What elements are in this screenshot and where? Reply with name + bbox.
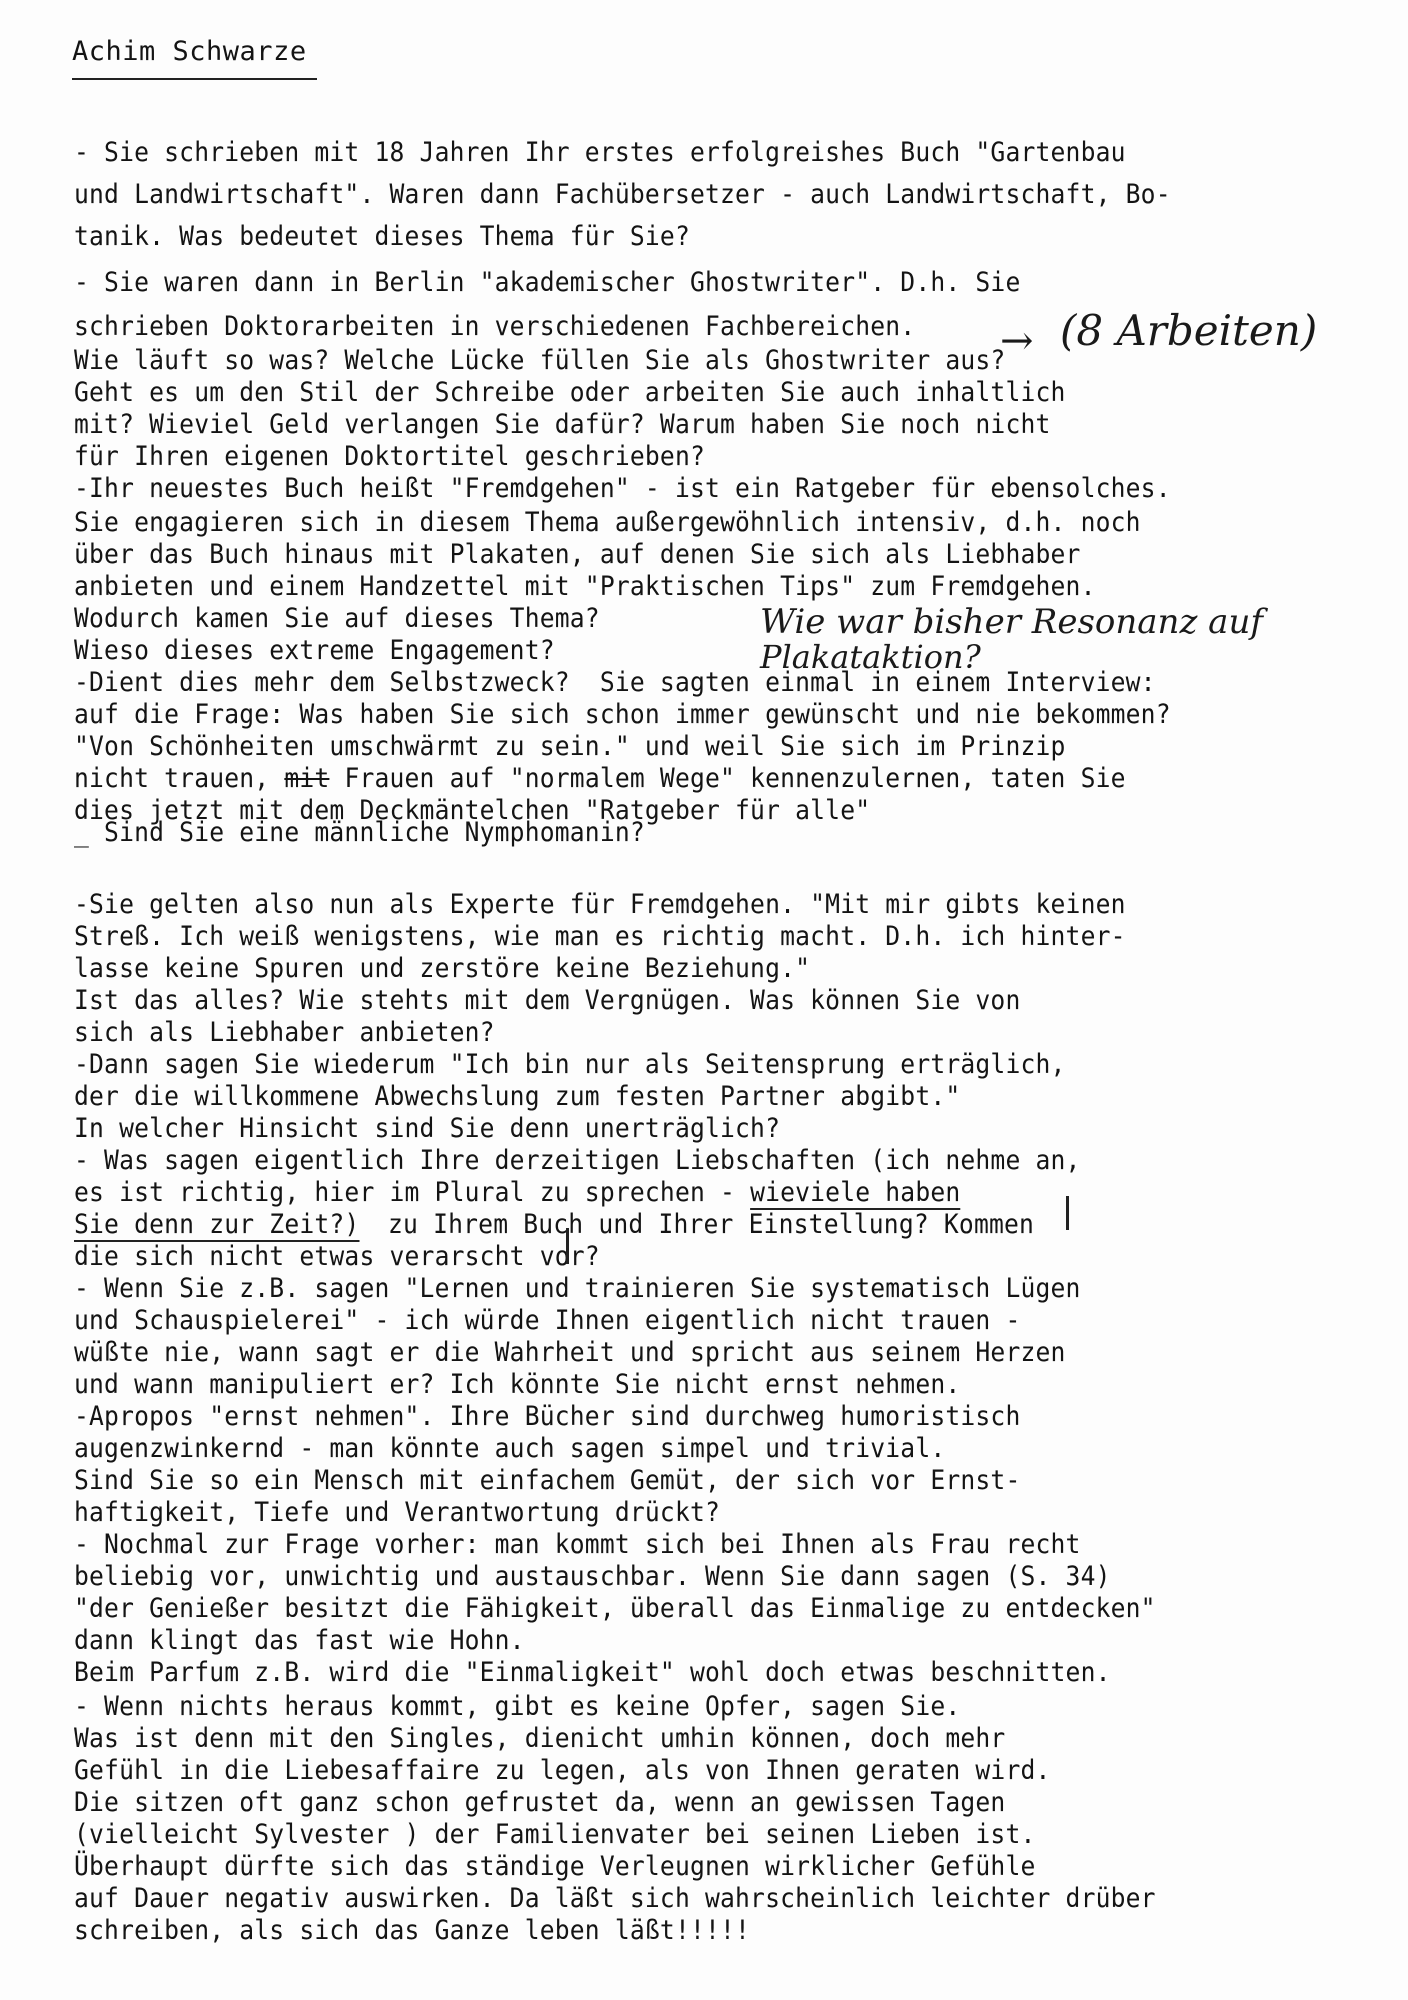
handwritten-note-resonanz-line1: Wie war bisher Resonanz auf (760, 602, 1263, 642)
text-line: - Wenn Sie z.B. sagen "Lernen und traini… (74, 1274, 1081, 1304)
text-line: zu Ihrem Buch und Ihrer Einstellung? Kom… (373, 1210, 1034, 1240)
text-line: (vielleicht Sylvester ) der Familienvate… (74, 1820, 1036, 1850)
text-line: für Ihren eigenen Doktortitel geschriebe… (74, 442, 705, 472)
text-line: tanik. Was bedeutet dieses Thema für Sie… (74, 222, 690, 252)
text-line: nicht trauen, mit Frauen auf "normalem W… (74, 764, 1126, 794)
text-line: sich als Liebhaber anbieten? (74, 1018, 495, 1048)
handwritten-note-arbeiten: (8 Arbeiten) (1060, 306, 1317, 355)
text-line: Wie läuft so was? Welche Lücke füllen Si… (74, 346, 1005, 376)
text-line: dann klingt das fast wie Hohn. (74, 1626, 525, 1656)
text-line: Überhaupt dürfte sich das ständige Verle… (74, 1852, 1036, 1882)
text-line: Sie denn zur Zeit?) (74, 1210, 359, 1240)
struck-word: mit (284, 763, 329, 794)
text-line: Sind Sie so ein Mensch mit einfachem Gem… (74, 1466, 1020, 1496)
text-line: "der Genießer besitzt die Fähigkeit, übe… (74, 1594, 1156, 1624)
text-line: -Sie gelten also nun als Experte für Fre… (74, 890, 1126, 920)
text-line: und Landwirtschaft". Waren dann Fachüber… (74, 180, 1171, 210)
underlined-phrase-continued: Sie denn zur Zeit?) (74, 1209, 359, 1242)
text-line: - Sie waren dann in Berlin "akademischer… (74, 268, 1020, 298)
text-line: über das Buch hinaus mit Plakaten, auf d… (74, 540, 1081, 570)
text-line: Die sitzen oft ganz schon gefrustet da, … (74, 1788, 1005, 1818)
text-line: Was ist denn mit den Singles, dienicht u… (74, 1724, 1005, 1754)
text-line: -Dann sagen Sie wiederum "Ich bin nur al… (74, 1050, 1066, 1080)
handwritten-bracket-mark (1066, 1196, 1069, 1230)
handwritten-bracket-mark (566, 1228, 569, 1264)
text-line: es ist richtig, hier im Plural zu sprech… (74, 1178, 960, 1208)
text-line: auf die Frage: Was haben Sie sich schon … (74, 700, 1171, 730)
text-line: - Nochmal zur Frage vorher: man kommt si… (74, 1530, 1081, 1560)
document-page: Achim Schwarze - Sie schrieben mit 18 Ja… (0, 0, 1408, 2000)
text-line: augenzwinkernd - man könnte auch sagen s… (74, 1434, 945, 1464)
text-line: mit? Wieviel Geld verlangen Sie dafür? W… (74, 410, 1051, 440)
text-line: In welcher Hinsicht sind Sie denn unertr… (74, 1114, 780, 1144)
handwritten-note-resonanz-line2: Plakataktion? (760, 638, 981, 676)
text-line: "Von Schönheiten umschwärmt zu sein." un… (74, 732, 1066, 762)
text-line: Gefühl in die Liebesaffaire zu legen, al… (74, 1756, 1051, 1786)
text-line: lasse keine Spuren und zerstöre keine Be… (74, 954, 810, 984)
text-line: die sich nicht etwas verarscht vor? (74, 1242, 600, 1272)
text-line: _ Sind Sie eine männliche Nymphomanin? (74, 818, 645, 848)
text-line: und wann manipuliert er? Ich könnte Sie … (74, 1370, 960, 1400)
handwritten-arrow: → (1000, 318, 1034, 364)
title-underline (72, 78, 317, 80)
text-line: anbieten und einem Handzettel mit "Prakt… (74, 572, 1096, 602)
text-line: - Wenn nichts heraus kommt, gibt es kein… (74, 1692, 960, 1722)
text-line: schrieben Doktorarbeiten in verschiedene… (74, 312, 915, 342)
text-line: -Dient dies mehr dem Selbstzweck? Sie sa… (74, 668, 1156, 698)
text-line: Sie engagieren sich in diesem Thema auße… (74, 508, 1141, 538)
text-line: der die willkommene Abwechslung zum fest… (74, 1082, 960, 1112)
text-line: Ist das alles? Wie stehts mit dem Vergnü… (74, 986, 1020, 1016)
text-line: Wodurch kamen Sie auf dieses Thema? (74, 604, 600, 634)
text-line: beliebig vor, unwichtig und austauschbar… (74, 1562, 1111, 1592)
text-line: - Sie schrieben mit 18 Jahren Ihr erstes… (74, 138, 1126, 168)
text-line: haftigkeit, Tiefe und Verantwortung drüc… (74, 1498, 720, 1528)
text-line: auf Dauer negativ auswirken. Da läßt sic… (74, 1884, 1156, 1914)
text-line: wüßte nie, wann sagt er die Wahrheit und… (74, 1338, 1066, 1368)
document-title: Achim Schwarze (72, 36, 307, 67)
text-line: -Apropos "ernst nehmen". Ihre Bücher sin… (74, 1402, 1020, 1432)
underlined-phrase: wieviele haben (750, 1177, 960, 1210)
text-line: Streß. Ich weiß wenigstens, wie man es r… (74, 922, 1126, 952)
text-line: Geht es um den Stil der Schreibe oder ar… (74, 378, 1066, 408)
text-line: -Ihr neuestes Buch heißt "Fremdgehen" - … (74, 474, 1171, 504)
text-line: schreiben, als sich das Ganze leben läßt… (74, 1916, 750, 1946)
text-line: Beim Parfum z.B. wird die "Einmaligkeit"… (74, 1658, 1111, 1688)
text-line: und Schauspielerei" - ich würde Ihnen ei… (74, 1306, 1020, 1336)
text-line: Wieso dieses extreme Engagement? (74, 636, 555, 666)
text-line: - Was sagen eigentlich Ihre derzeitigen … (74, 1146, 1081, 1176)
